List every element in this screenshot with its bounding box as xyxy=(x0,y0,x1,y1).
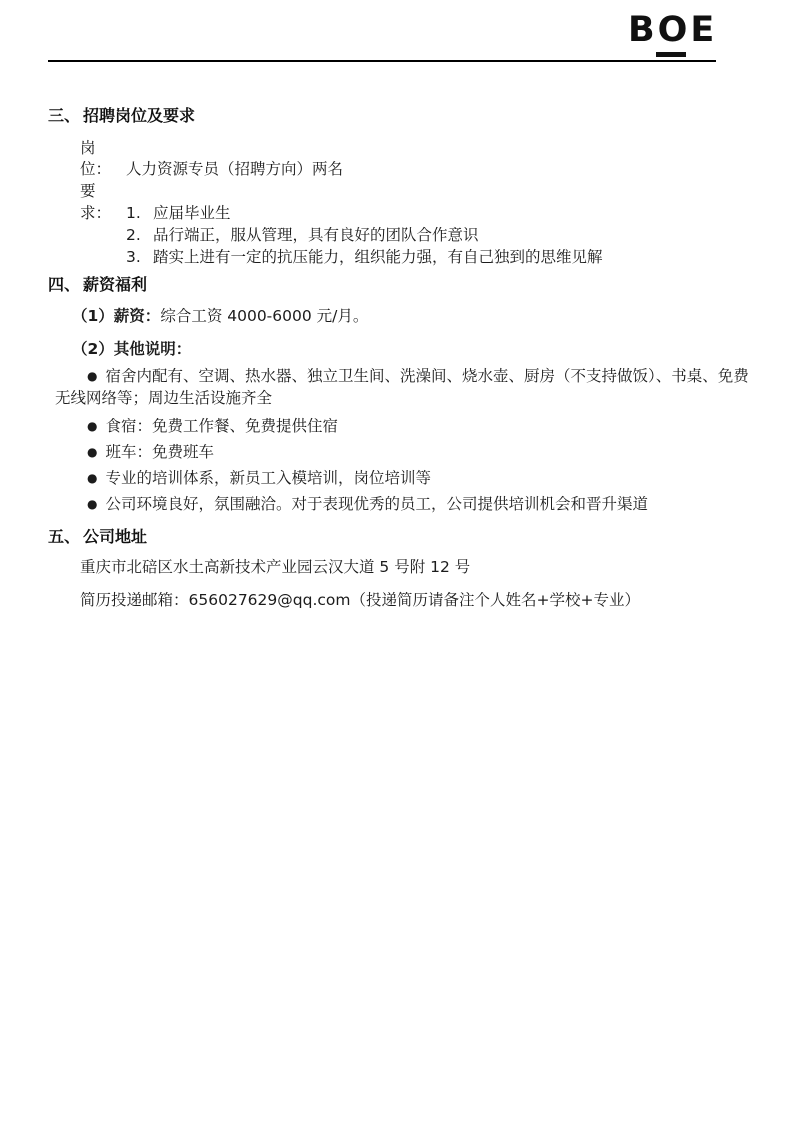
salary-item-number: （1） xyxy=(72,307,114,325)
requirement-row-1: 要求：1.应届毕业生 xyxy=(80,180,756,224)
salary-value: 综合工资 4000-6000 元/月。 xyxy=(160,307,368,325)
section3-title: 招聘岗位及要求 xyxy=(83,106,195,125)
benefit-text-dorm: 宿舍内配有、空调、热水器、独立卫生间、洗澡间、烧水壶、厨房（不支持做饭）、书桌、… xyxy=(55,367,749,407)
salary-line: （1）薪资：综合工资 4000-6000 元/月。 xyxy=(72,305,756,327)
boe-logo: BOE xyxy=(628,13,717,48)
section4-number: 四、 xyxy=(48,275,80,294)
benefit-item-training: ●专业的培训体系，新员工入模培训，岗位培训等 xyxy=(48,467,756,489)
requirement-1-number: 1. xyxy=(126,202,153,224)
section4-title: 薪资福利 xyxy=(83,275,147,294)
benefit-item-meals: ●食宿：免费工作餐、免费提供住宿 xyxy=(48,415,756,437)
benefit-text-environment: 公司环境良好，氛围融洽。对于表现优秀的员工，公司提供培训机会和晋升渠道 xyxy=(105,495,648,513)
benefit-text-meals: 食宿：免费工作餐、免费提供住宿 xyxy=(105,417,338,435)
benefit-item-environment: ●公司环境良好，氛围融洽。对于表现优秀的员工，公司提供培训机会和晋升渠道 xyxy=(48,493,756,515)
section4-heading: 四、薪资福利 xyxy=(48,274,756,296)
company-address: 重庆市北碚区水土高新技术产业园云汉大道 5 号附 12 号 xyxy=(80,556,756,578)
section5-title: 公司地址 xyxy=(83,527,147,546)
section3-heading: 三、招聘岗位及要求 xyxy=(48,105,756,127)
benefit-item-shuttle: ●班车：免费班车 xyxy=(48,441,756,463)
header-divider xyxy=(48,60,716,62)
section3-number: 三、 xyxy=(48,106,80,125)
document-page: BOE 三、招聘岗位及要求 岗位：人力资源专员（招聘方向）两名 要求：1.应届毕… xyxy=(0,0,794,1123)
requirement-3-number: 3. xyxy=(126,246,153,268)
requirement-row-3: 3.踏实上进有一定的抗压能力，组织能力强，有自己独到的思维见解 xyxy=(126,246,756,268)
requirement-1-text: 应届毕业生 xyxy=(153,204,231,222)
email-address: 656027629@qq.com xyxy=(189,591,351,609)
resume-email-line: 简历投递邮箱：656027629@qq.com（投递简历请备注个人姓名+学校+专… xyxy=(80,589,756,611)
other-item-number: （2） xyxy=(72,340,114,358)
email-label: 简历投递邮箱： xyxy=(80,591,189,609)
bullet-icon: ● xyxy=(87,471,97,485)
position-line: 岗位：人力资源专员（招聘方向）两名 xyxy=(80,138,756,180)
bullet-icon: ● xyxy=(87,369,97,383)
other-notes-label: 其他说明： xyxy=(114,340,192,358)
benefit-text-shuttle: 班车：免费班车 xyxy=(105,443,214,461)
requirements-label: 要求： xyxy=(80,180,126,224)
requirement-3-text: 踏实上进有一定的抗压能力，组织能力强，有自己独到的思维见解 xyxy=(153,248,603,266)
other-notes-line: （2）其他说明： xyxy=(72,338,756,360)
position-value: 人力资源专员（招聘方向）两名 xyxy=(126,160,343,178)
section5-number: 五、 xyxy=(48,527,80,546)
requirement-2-number: 2. xyxy=(126,224,153,246)
email-note: （投递简历请备注个人姓名+学校+专业） xyxy=(350,591,639,609)
section5-heading: 五、公司地址 xyxy=(48,526,756,548)
position-label: 岗位： xyxy=(80,138,126,180)
document-content: 三、招聘岗位及要求 岗位：人力资源专员（招聘方向）两名 要求：1.应届毕业生 2… xyxy=(48,96,756,611)
benefit-item-dorm: ●宿舍内配有、空调、热水器、独立卫生间、洗澡间、烧水壶、厨房（不支持做饭）、书桌… xyxy=(48,365,756,409)
requirement-2-text: 品行端正，服从管理，具有良好的团队合作意识 xyxy=(153,226,479,244)
logo-o-underline xyxy=(656,52,686,57)
salary-label: 薪资： xyxy=(114,307,161,325)
bullet-icon: ● xyxy=(87,419,97,433)
bullet-icon: ● xyxy=(87,445,97,459)
bullet-icon: ● xyxy=(87,497,97,511)
benefit-text-training: 专业的培训体系，新员工入模培训，岗位培训等 xyxy=(105,469,431,487)
requirement-row-2: 2.品行端正，服从管理，具有良好的团队合作意识 xyxy=(126,224,756,246)
